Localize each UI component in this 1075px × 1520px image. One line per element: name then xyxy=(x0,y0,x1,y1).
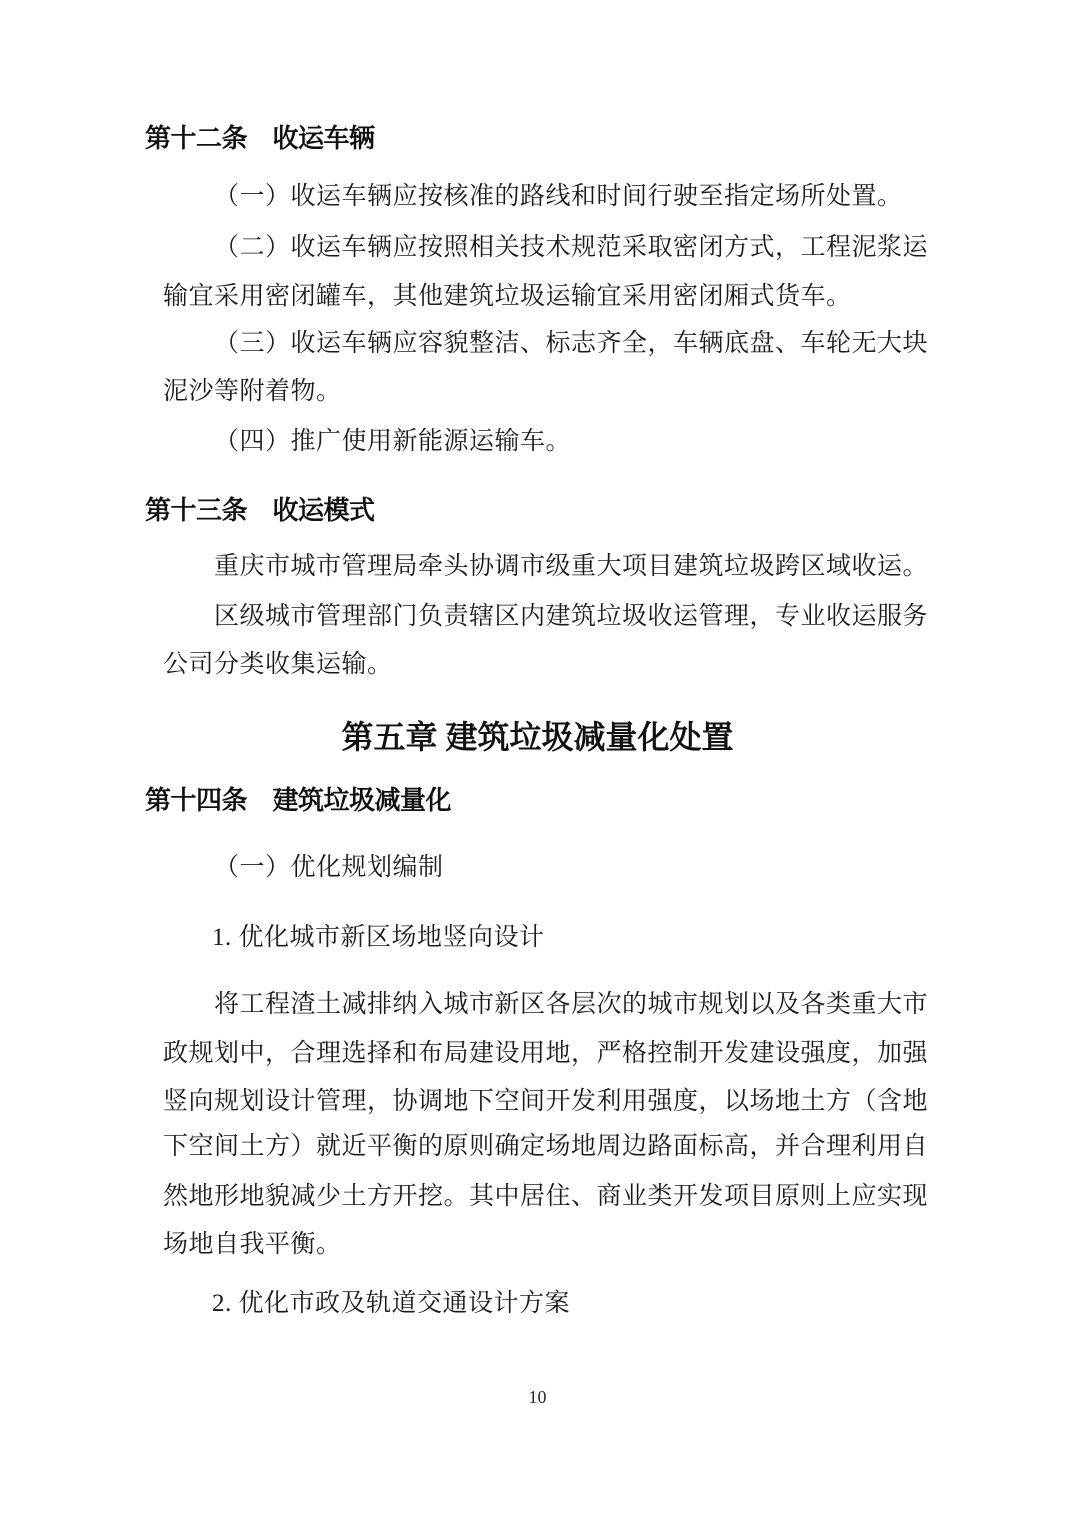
article-14-heading: 第十四条 建筑垃圾减量化 xyxy=(145,788,451,814)
article-12-heading: 第十二条 收运车辆 xyxy=(145,126,375,152)
article-12-item-2-line-1: （二）收运车辆应按照相关技术规范采取密闭方式，工程泥浆运 xyxy=(214,235,928,260)
article-14-para-1-line-6: 场地自我平衡。 xyxy=(163,1232,342,1257)
article-14-sub-1: 1. 优化城市新区场地竖向设计 xyxy=(212,925,545,950)
article-12-item-4: （四）推广使用新能源运输车。 xyxy=(214,429,571,454)
article-12-item-1: （一）收运车辆应按核准的路线和时间行驶至指定场所处置。 xyxy=(214,184,903,209)
article-12-item-3-line-2: 泥沙等附着物。 xyxy=(163,379,342,404)
article-12-item-2-line-2: 输宜采用密闭罐车，其他建筑垃圾运输宜采用密闭厢式货车。 xyxy=(163,284,852,309)
article-13-para-2-line-1: 区级城市管理部门负责辖区内建筑垃圾收运管理，专业收运服务 xyxy=(214,604,928,629)
page-number: 10 xyxy=(0,1388,1075,1406)
article-14-para-1-line-1: 将工程渣土减排纳入城市新区各层次的城市规划以及各类重大市 xyxy=(214,992,928,1017)
article-13-heading: 第十三条 收运模式 xyxy=(145,498,375,524)
article-14-sub-2: 2. 优化市政及轨道交通设计方案 xyxy=(212,1291,570,1316)
chapter-5-heading: 第五章 建筑垃圾减量化处置 xyxy=(0,721,1075,753)
article-14-para-1-line-3: 竖向规划设计管理，协调地下空间开发利用强度，以场地土方（含地 xyxy=(163,1089,928,1114)
article-13-para-2-line-2: 公司分类收集运输。 xyxy=(163,652,393,677)
document-page: 第十二条 收运车辆 （一）收运车辆应按核准的路线和时间行驶至指定场所处置。 （二… xyxy=(0,0,1075,1520)
article-14-para-1-line-5: 然地形地貌减少土方开挖。其中居住、商业类开发项目原则上应实现 xyxy=(163,1184,928,1209)
article-13-para-1: 重庆市城市管理局牵头协调市级重大项目建筑垃圾跨区域收运。 xyxy=(214,554,928,579)
article-14-item-1: （一）优化规划编制 xyxy=(214,855,444,880)
article-14-para-1-line-4: 下空间土方）就近平衡的原则确定场地周边路面标高，并合理利用自 xyxy=(163,1134,928,1159)
article-12-item-3-line-1: （三）收运车辆应容貌整洁、标志齐全，车辆底盘、车轮无大块 xyxy=(214,331,928,356)
article-14-para-1-line-2: 政规划中，合理选择和布局建设用地，严格控制开发建设强度，加强 xyxy=(163,1041,928,1066)
